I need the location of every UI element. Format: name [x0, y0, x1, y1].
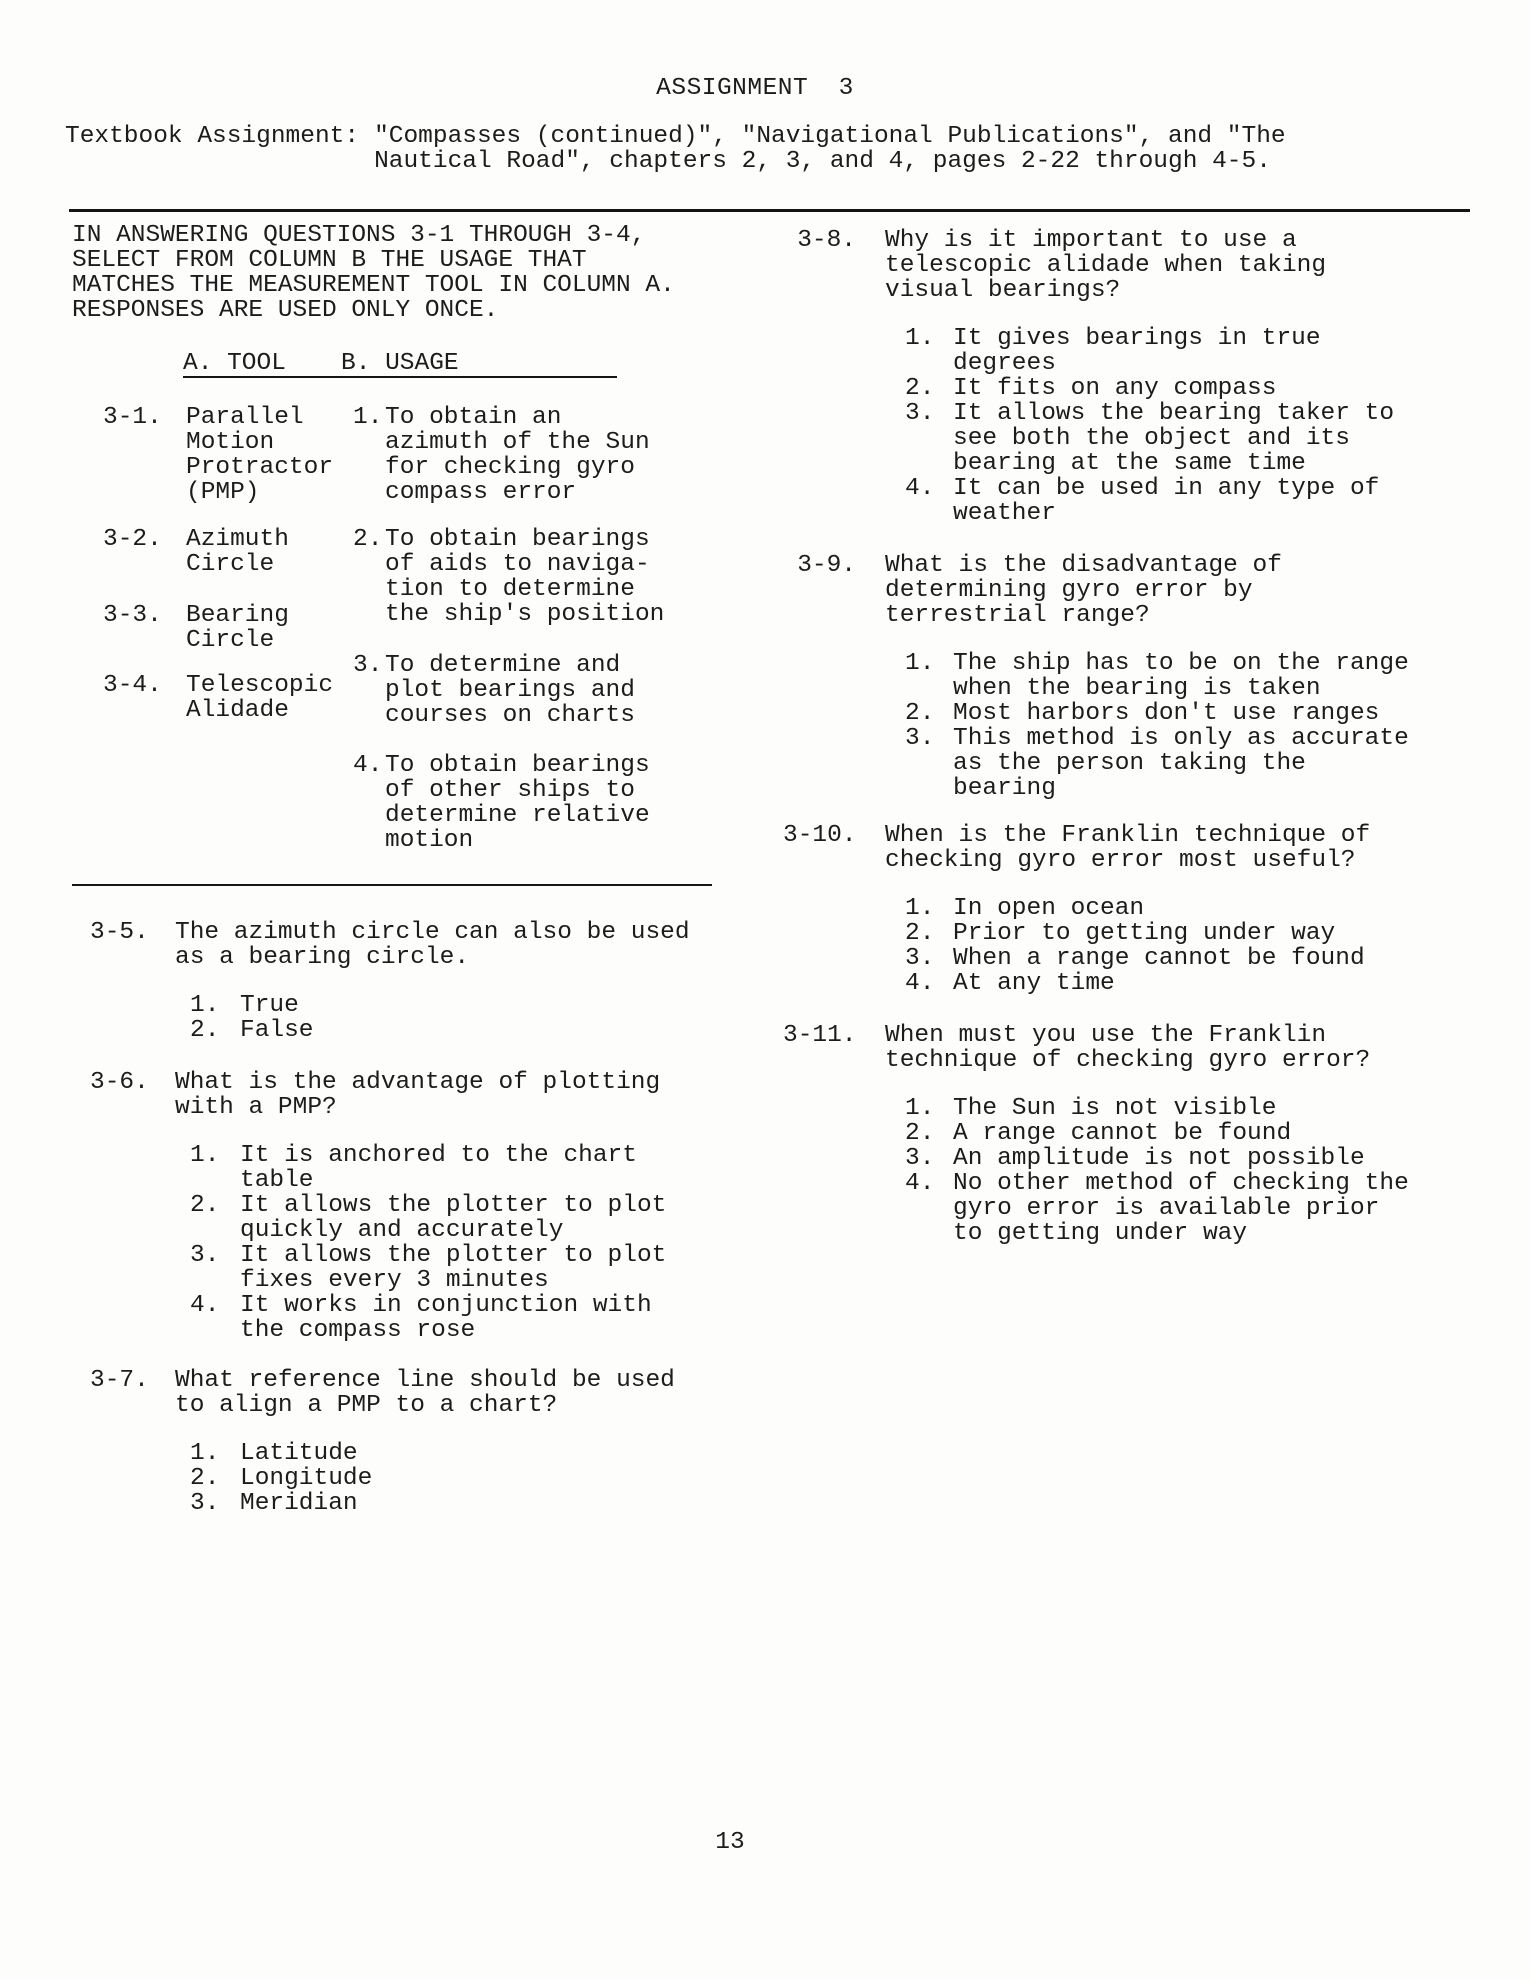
choice-text: At any time [953, 971, 1115, 996]
choice-number: 3. [905, 401, 953, 426]
question-body: Why is it important to use a telescopic … [885, 228, 1394, 526]
choice-number: 1. [905, 896, 953, 921]
usage-text: To determine and plot bearings and cours… [385, 653, 635, 728]
question-3-6: 3-6. What is the advantage of plotting w… [90, 1070, 666, 1343]
choice-text: It gives bearings in true degrees [953, 326, 1321, 376]
choice-text: It fits on any compass [953, 376, 1276, 401]
question-3-10: 3-10. When is the Franklin technique of … [783, 823, 1370, 996]
usage-number: 3. [353, 653, 385, 678]
choice-list: 1. The Sun is not visible 2. A range can… [905, 1096, 1409, 1246]
choice-number: 3. [190, 1243, 240, 1268]
choice-item: 2. False [190, 1018, 690, 1043]
match-header-underline [183, 376, 617, 378]
section-divider-rule [72, 884, 712, 886]
choice-item: 3. When a range cannot be found [905, 946, 1370, 971]
choice-number: 4. [905, 971, 953, 996]
choice-text: It allows the plotter to plot fixes ever… [240, 1243, 666, 1293]
question-stem: What is the advantage of plotting with a… [175, 1070, 666, 1120]
question-number: 3-6. [90, 1070, 175, 1095]
choice-number: 1. [190, 1441, 240, 1466]
choice-number: 1. [190, 993, 240, 1018]
tool-number: 3-4. [103, 673, 186, 698]
choice-number: 2. [190, 1466, 240, 1491]
usage-item-4: 4. To obtain bearings of other ships to … [353, 753, 650, 853]
question-body: What reference line should be used to al… [175, 1368, 675, 1516]
choice-text: True [240, 993, 299, 1018]
tool-text: Azimuth Circle [186, 527, 289, 577]
question-number: 3-7. [90, 1368, 175, 1393]
choice-item: 1. True [190, 993, 690, 1018]
tool-item-3-1: 3-1. Parallel Motion Protractor (PMP) [103, 405, 333, 505]
choice-number: 3. [905, 946, 953, 971]
choice-number: 3. [905, 1146, 953, 1171]
choice-item: 1. The ship has to be on the range when … [905, 651, 1409, 701]
textbook-assignment-label: Textbook Assignment: [65, 124, 359, 149]
question-number: 3-8. [783, 228, 856, 253]
choice-number: 1. [905, 1096, 953, 1121]
choice-list: 1. The ship has to be on the range when … [905, 651, 1409, 801]
choice-text: False [240, 1018, 314, 1043]
question-3-7: 3-7. What reference line should be used … [90, 1368, 675, 1516]
choice-number: 2. [905, 1121, 953, 1146]
textbook-assignment-text: "Compasses (continued)", "Navigational P… [374, 124, 1286, 174]
question-stem: The azimuth circle can also be used as a… [175, 920, 690, 970]
tool-number: 3-3. [103, 603, 186, 628]
choice-text: In open ocean [953, 896, 1144, 921]
question-number: 3-10. [783, 823, 856, 848]
tool-number: 3-1. [103, 405, 186, 430]
choice-item: 1. In open ocean [905, 896, 1370, 921]
question-number: 3-5. [90, 920, 175, 945]
choice-item: 2. A range cannot be found [905, 1121, 1409, 1146]
choice-number: 3. [190, 1491, 240, 1516]
question-body: What is the disadvantage of determining … [885, 553, 1409, 801]
choice-number: 4. [190, 1293, 240, 1318]
question-stem: When is the Franklin technique of checki… [885, 823, 1370, 873]
choice-text: When a range cannot be found [953, 946, 1365, 971]
choice-number: 1. [905, 326, 953, 351]
choice-text: Prior to getting under way [953, 921, 1335, 946]
usage-number: 1. [353, 405, 385, 430]
choice-text: It is anchored to the chart table [240, 1143, 637, 1193]
question-3-9: 3-9. What is the disadvantage of determi… [783, 553, 1409, 801]
choice-item: 2. It fits on any compass [905, 376, 1394, 401]
choice-text: It allows the plotter to plot quickly an… [240, 1193, 666, 1243]
question-body: What is the advantage of plotting with a… [175, 1070, 666, 1343]
usage-text: To obtain an azimuth of the Sun for chec… [385, 405, 650, 505]
question-body: The azimuth circle can also be used as a… [175, 920, 690, 1043]
choice-text: Meridian [240, 1491, 358, 1516]
choice-item: 3. It allows the bearing taker to see bo… [905, 401, 1394, 476]
choice-list: 1. True 2. False [190, 993, 690, 1043]
question-number: 3-11. [783, 1023, 856, 1048]
question-3-5: 3-5. The azimuth circle can also be used… [90, 920, 690, 1043]
choice-text: An amplitude is not possible [953, 1146, 1365, 1171]
choice-number: 2. [190, 1193, 240, 1218]
choice-item: 1. The Sun is not visible [905, 1096, 1409, 1121]
question-body: When is the Franklin technique of checki… [885, 823, 1370, 996]
tool-number: 3-2. [103, 527, 186, 552]
choice-item: 3. An amplitude is not possible [905, 1146, 1409, 1171]
question-3-8: 3-8. Why is it important to use a telesc… [783, 228, 1394, 526]
match-column-b-header: B. USAGE [341, 351, 459, 376]
page-title: ASSIGNMENT 3 [35, 76, 1475, 101]
matching-instructions: IN ANSWERING QUESTIONS 3-1 THROUGH 3-4, … [72, 223, 675, 323]
choice-item: 3. Meridian [190, 1491, 675, 1516]
choice-item: 4. At any time [905, 971, 1370, 996]
question-stem: When must you use the Franklin technique… [885, 1023, 1409, 1073]
usage-number: 2. [353, 527, 385, 552]
choice-text: It allows the bearing taker to see both … [953, 401, 1394, 476]
choice-text: It works in conjunction with the compass… [240, 1293, 652, 1343]
choice-text: This method is only as accurate as the p… [953, 726, 1409, 801]
choice-item: 3. This method is only as accurate as th… [905, 726, 1409, 801]
choice-text: Longitude [240, 1466, 372, 1491]
choice-item: 2. Most harbors don't use ranges [905, 701, 1409, 726]
choice-text: No other method of checking the gyro err… [953, 1171, 1409, 1246]
tool-item-3-2: 3-2. Azimuth Circle [103, 527, 289, 577]
tool-text: Parallel Motion Protractor (PMP) [186, 405, 333, 505]
choice-item: 3. It allows the plotter to plot fixes e… [190, 1243, 666, 1293]
question-stem: Why is it important to use a telescopic … [885, 228, 1394, 303]
choice-text: A range cannot be found [953, 1121, 1291, 1146]
usage-text: To obtain bearings of aids to naviga- ti… [385, 527, 664, 627]
choice-item: 4. It can be used in any type of weather [905, 476, 1394, 526]
choice-item: 2. It allows the plotter to plot quickly… [190, 1193, 666, 1243]
match-column-a-header: A. TOOL [183, 351, 286, 376]
tool-item-3-3: 3-3. Bearing Circle [103, 603, 289, 653]
usage-item-1: 1. To obtain an azimuth of the Sun for c… [353, 405, 650, 505]
choice-text: Most harbors don't use ranges [953, 701, 1379, 726]
choice-list: 1. In open ocean 2. Prior to getting und… [905, 896, 1370, 996]
choice-number: 2. [905, 376, 953, 401]
question-stem: What is the disadvantage of determining … [885, 553, 1409, 628]
usage-text: To obtain bearings of other ships to det… [385, 753, 650, 853]
usage-number: 4. [353, 753, 385, 778]
choice-number: 2. [905, 921, 953, 946]
choice-number: 2. [905, 701, 953, 726]
choice-item: 2. Longitude [190, 1466, 675, 1491]
choice-number: 4. [905, 1171, 953, 1196]
choice-number: 2. [190, 1018, 240, 1043]
document-page: ASSIGNMENT 3 Textbook Assignment: "Compa… [0, 0, 1530, 1980]
choice-item: 4. No other method of checking the gyro … [905, 1171, 1409, 1246]
choice-item: 1. Latitude [190, 1441, 675, 1466]
choice-text: The Sun is not visible [953, 1096, 1276, 1121]
choice-number: 3. [905, 726, 953, 751]
header-divider-rule [69, 209, 1470, 212]
choice-list: 1. It gives bearings in true degrees 2. … [905, 326, 1394, 526]
choice-item: 2. Prior to getting under way [905, 921, 1370, 946]
usage-item-3: 3. To determine and plot bearings and co… [353, 653, 635, 728]
question-body: When must you use the Franklin technique… [885, 1023, 1409, 1246]
choice-item: 1. It is anchored to the chart table [190, 1143, 666, 1193]
choice-text: Latitude [240, 1441, 358, 1466]
question-number: 3-9. [783, 553, 856, 578]
textbook-assignment: Textbook Assignment: "Compasses (continu… [65, 124, 1286, 174]
choice-item: 1. It gives bearings in true degrees [905, 326, 1394, 376]
tool-text: Telescopic Alidade [186, 673, 333, 723]
usage-item-2: 2. To obtain bearings of aids to naviga-… [353, 527, 664, 627]
page-number: 13 [0, 1830, 1460, 1855]
choice-number: 4. [905, 476, 953, 501]
choice-text: It can be used in any type of weather [953, 476, 1379, 526]
choice-number: 1. [905, 651, 953, 676]
choice-number: 1. [190, 1143, 240, 1168]
choice-list: 1. It is anchored to the chart table 2. … [190, 1143, 666, 1343]
choice-text: The ship has to be on the range when the… [953, 651, 1409, 701]
question-stem: What reference line should be used to al… [175, 1368, 675, 1418]
question-3-11: 3-11. When must you use the Franklin tec… [783, 1023, 1409, 1246]
tool-item-3-4: 3-4. Telescopic Alidade [103, 673, 333, 723]
choice-item: 4. It works in conjunction with the comp… [190, 1293, 666, 1343]
tool-text: Bearing Circle [186, 603, 289, 653]
choice-list: 1. Latitude 2. Longitude 3. Meridian [190, 1441, 675, 1516]
